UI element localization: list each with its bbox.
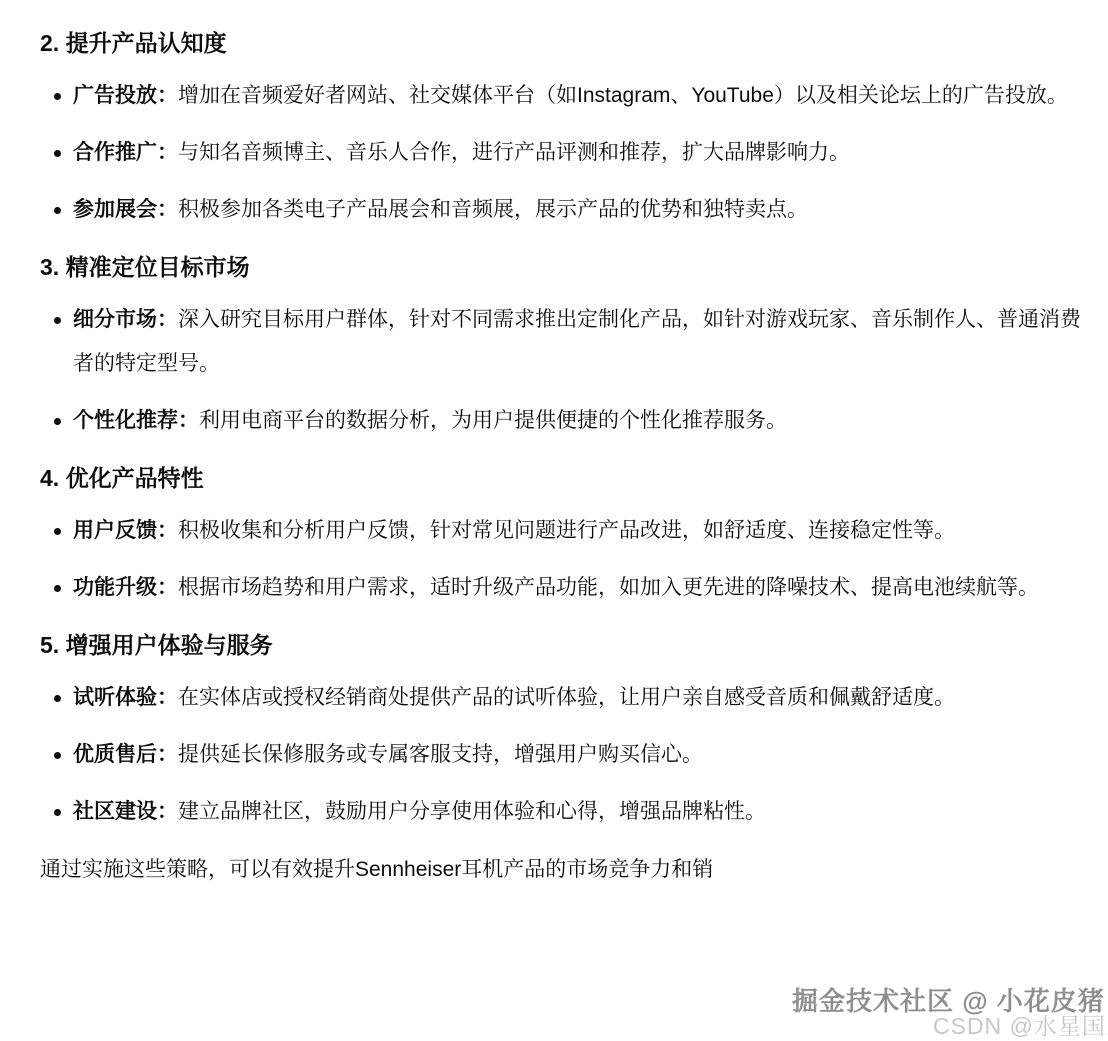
list-item: 社区建设：建立品牌社区，鼓励用户分享使用体验和心得，增强品牌粘性。 — [73, 790, 1092, 834]
item-text: 增加在音频爱好者网站、社交媒体平台（如Instagram、YouTube）以及相… — [178, 84, 1068, 107]
item-label: 试听体验： — [73, 686, 178, 709]
list-item: 功能升级：根据市场趋势和用户需求，适时升级产品功能，如加入更先进的降噪技术、提高… — [73, 566, 1092, 610]
bullet-list-section-3: 细分市场：深入研究目标用户群体，针对不同需求推出定制化产品，如针对游戏玩家、音乐… — [40, 298, 1092, 443]
bullet-icon — [54, 752, 61, 759]
section-heading-3: 3. 精准定位目标市场 — [40, 252, 1092, 282]
bullet-icon — [54, 695, 61, 702]
bullet-list-section-5: 试听体验：在实体店或授权经销商处提供产品的试听体验，让用户亲自感受音质和佩戴舒适… — [40, 676, 1092, 834]
item-text: 在实体店或授权经销商处提供产品的试听体验，让用户亲自感受音质和佩戴舒适度。 — [178, 686, 955, 709]
item-label: 细分市场： — [73, 308, 178, 331]
list-item: 试听体验：在实体店或授权经销商处提供产品的试听体验，让用户亲自感受音质和佩戴舒适… — [73, 676, 1092, 720]
item-label: 社区建设： — [73, 800, 178, 823]
bullet-icon — [54, 528, 61, 535]
document-body: 2. 提升产品认知度 广告投放：增加在音频爱好者网站、社交媒体平台（如Insta… — [0, 0, 1108, 892]
bullet-icon — [54, 207, 61, 214]
bullet-list-section-2: 广告投放：增加在音频爱好者网站、社交媒体平台（如Instagram、YouTub… — [40, 74, 1092, 232]
document-page: 2. 提升产品认知度 广告投放：增加在音频爱好者网站、社交媒体平台（如Insta… — [0, 0, 1108, 1041]
item-label: 广告投放： — [73, 84, 178, 107]
bullet-icon — [54, 418, 61, 425]
section-heading-5: 5. 增强用户体验与服务 — [40, 630, 1092, 660]
item-label: 用户反馈： — [73, 519, 178, 542]
list-item: 个性化推荐：利用电商平台的数据分析，为用户提供便捷的个性化推荐服务。 — [73, 399, 1092, 443]
item-label: 优质售后： — [73, 743, 178, 766]
item-label: 功能升级： — [73, 576, 178, 599]
list-item: 合作推广：与知名音频博主、音乐人合作，进行产品评测和推荐，扩大品牌影响力。 — [73, 131, 1092, 175]
watermark-csdn: CSDN @水星国王 — [933, 1008, 1108, 1041]
item-text: 积极参加各类电子产品展会和音频展，展示产品的优势和独特卖点。 — [178, 198, 808, 221]
list-item: 细分市场：深入研究目标用户群体，针对不同需求推出定制化产品，如针对游戏玩家、音乐… — [73, 298, 1092, 386]
item-text: 利用电商平台的数据分析，为用户提供便捷的个性化推荐服务。 — [199, 409, 787, 432]
list-item: 广告投放：增加在音频爱好者网站、社交媒体平台（如Instagram、YouTub… — [73, 74, 1092, 118]
item-label: 个性化推荐： — [73, 409, 199, 432]
bullet-icon — [54, 585, 61, 592]
list-item: 用户反馈：积极收集和分析用户反馈，针对常见问题进行产品改进，如舒适度、连接稳定性… — [73, 509, 1092, 553]
section-heading-2: 2. 提升产品认知度 — [40, 28, 1092, 58]
item-text: 积极收集和分析用户反馈，针对常见问题进行产品改进，如舒适度、连接稳定性等。 — [178, 519, 955, 542]
bullet-list-section-4: 用户反馈：积极收集和分析用户反馈，针对常见问题进行产品改进，如舒适度、连接稳定性… — [40, 509, 1092, 610]
list-item: 优质售后：提供延长保修服务或专属客服支持，增强用户购买信心。 — [73, 733, 1092, 777]
list-item: 参加展会：积极参加各类电子产品展会和音频展，展示产品的优势和独特卖点。 — [73, 188, 1092, 232]
item-label: 参加展会： — [73, 198, 178, 221]
bullet-icon — [54, 809, 61, 816]
section-heading-4: 4. 优化产品特性 — [40, 463, 1092, 493]
bullet-icon — [54, 317, 61, 324]
item-label: 合作推广： — [73, 141, 178, 164]
item-text: 建立品牌社区，鼓励用户分享使用体验和心得，增强品牌粘性。 — [178, 800, 766, 823]
bullet-icon — [54, 150, 61, 157]
item-text: 深入研究目标用户群体，针对不同需求推出定制化产品，如针对游戏玩家、音乐制作人、普… — [73, 308, 1081, 375]
item-text: 根据市场趋势和用户需求，适时升级产品功能，如加入更先进的降噪技术、提高电池续航等… — [178, 576, 1039, 599]
bullet-icon — [54, 93, 61, 100]
closing-paragraph: 通过实施这些策略，可以有效提升Sennheiser耳机产品的市场竞争力和销 — [40, 848, 1092, 892]
item-text: 提供延长保修服务或专属客服支持，增强用户购买信心。 — [178, 743, 703, 766]
item-text: 与知名音频博主、音乐人合作，进行产品评测和推荐，扩大品牌影响力。 — [178, 141, 850, 164]
